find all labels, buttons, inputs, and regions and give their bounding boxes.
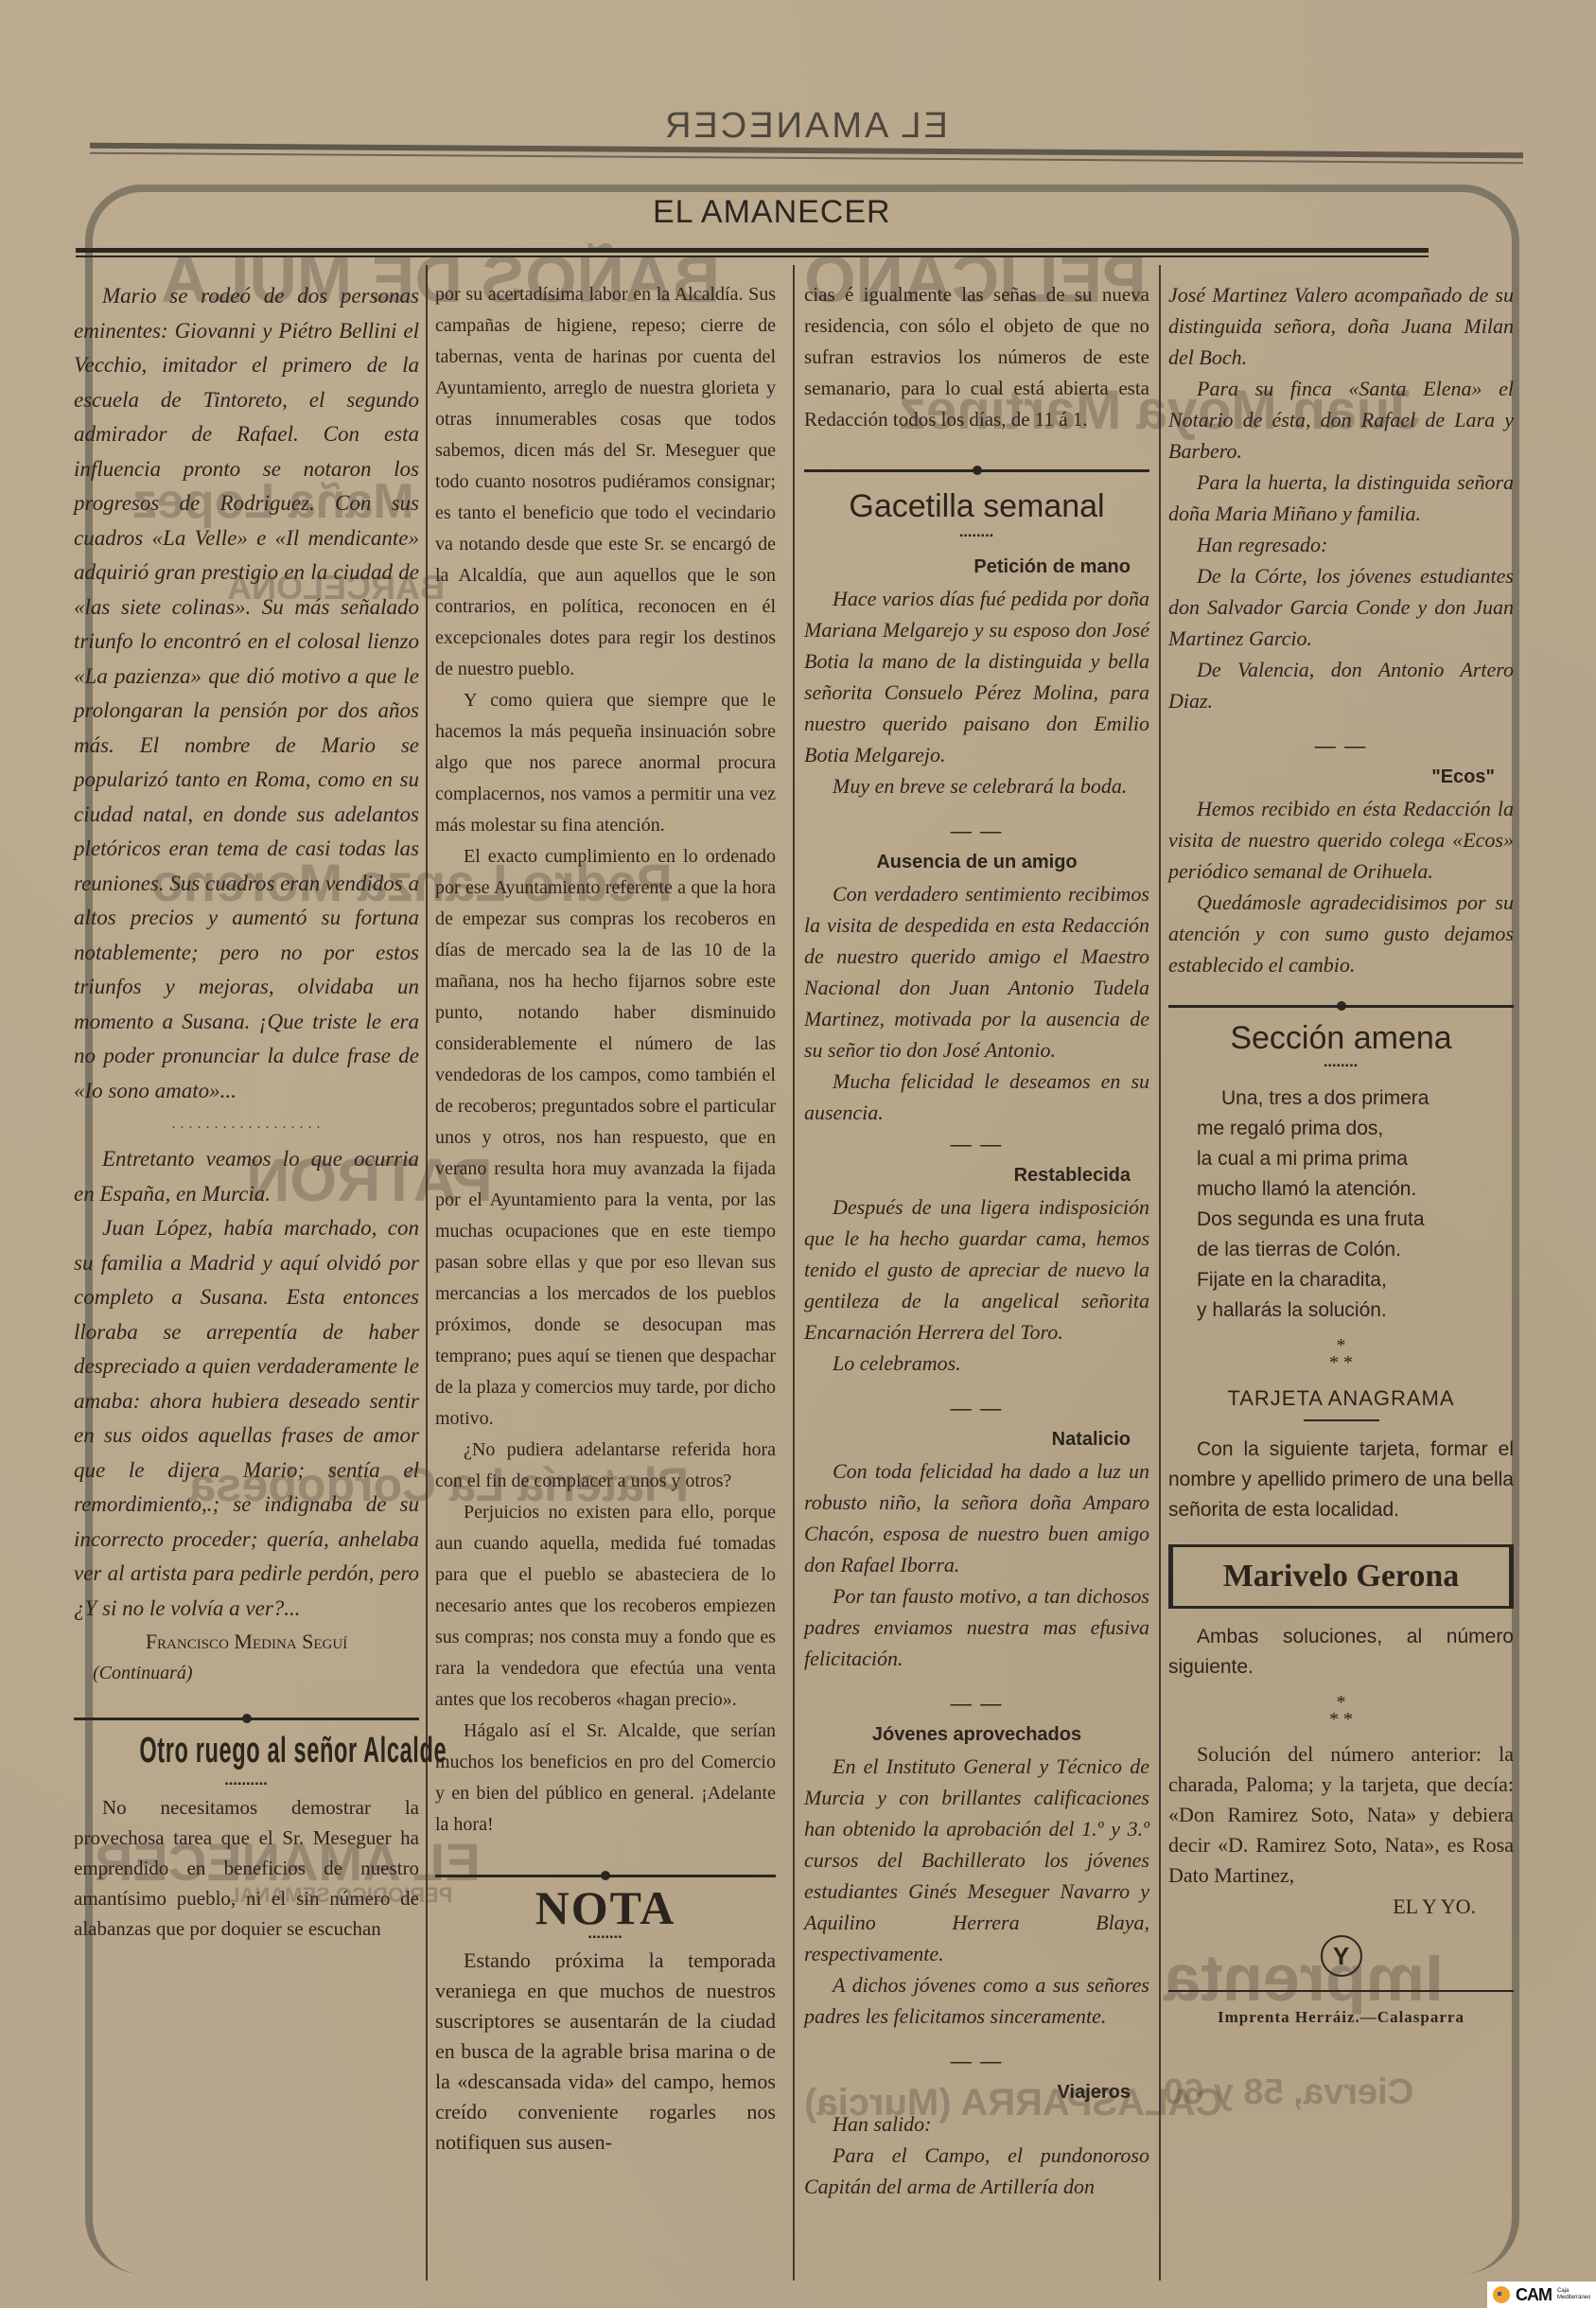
news-item-title: Natalicio	[804, 1424, 1149, 1456]
news-paragraph: Lo celebramos.	[804, 1348, 1149, 1379]
cam-logo-icon	[1493, 2286, 1510, 2303]
verse-line: Una, tres a dos primera	[1197, 1084, 1514, 1114]
mirrored-header: EL AMANECER	[662, 106, 948, 147]
article-paragraph: cias é igualmente las señas de su nueva …	[804, 279, 1149, 435]
anagram-card: Marivelo Gerona	[1168, 1544, 1514, 1609]
section-title: Sección amena	[1168, 1023, 1514, 1055]
serial-paragraph: Juan López, había marchado, con su famil…	[74, 1211, 419, 1626]
ornament-rule	[1168, 1005, 1514, 1008]
news-paragraph: En el Instituto General y Técnico de Mur…	[804, 1751, 1149, 1969]
item-separator: — —	[804, 2045, 1149, 2077]
ornament-rule	[74, 1718, 419, 1720]
news-paragraph: Hace varios días fué pedida por doña Mar…	[804, 583, 1149, 770]
article-paragraph: Hágalo así el Sr. Alcalde, que serían mu…	[435, 1716, 776, 1841]
cam-sub-line: Mediterráneo	[1557, 2295, 1590, 2300]
serial-paragraph: Entretanto veamos lo que ocurria en Espa…	[74, 1142, 419, 1211]
news-paragraph: Han salido:	[804, 2108, 1149, 2140]
masthead-rule	[76, 248, 1429, 253]
article-paragraph: ¿No pudiera adelantarse referida hora co…	[435, 1435, 776, 1497]
ornament-rule	[804, 469, 1149, 472]
news-item-title: Ausencia de un amigo	[804, 847, 1149, 879]
title-ornament: ▪▪▪▪▪▪▪▪▪▪	[74, 1777, 419, 1792]
column-2: por su acertadísima labor en la Alcaldía…	[435, 279, 776, 2158]
nota-title: NOTA	[435, 1893, 776, 1925]
verse-line: mucho llamó la atención.	[1197, 1174, 1514, 1205]
column-divider	[1159, 265, 1161, 2281]
cam-logo: CAM CajaMediterráneo	[1487, 2282, 1596, 2308]
section-title: Gacetilla semanal	[804, 491, 1149, 523]
item-separator: — —	[804, 1392, 1149, 1424]
ellipsis-separator: . . . . . . . . . . . . . . . . . .	[74, 1118, 419, 1133]
news-paragraph: Para la huerta, la distinguida señora do…	[1168, 467, 1514, 529]
title-ornament: ▪▪▪▪▪▪▪▪	[804, 529, 1149, 544]
news-paragraph: De la Córte, los jóvenes estudiantes don…	[1168, 560, 1514, 654]
verse-line: la cual a mi prima prima	[1197, 1144, 1514, 1174]
news-paragraph: Muy en breve se celebrará la boda.	[804, 770, 1149, 802]
verse-line: Fijate en la charadita,	[1197, 1265, 1514, 1295]
news-item-title: "Ecos"	[1168, 762, 1514, 794]
anagram-title: TARJETA ANAGRAMA	[1168, 1383, 1514, 1415]
news-paragraph: Quedámosle agradecidisimos por su atenci…	[1168, 887, 1514, 980]
nota-paragraph: Estando próxima la temporada veraniega e…	[435, 1946, 776, 2158]
continued-note: (Continuará)	[74, 1658, 419, 1690]
news-item-title: Viajeros	[804, 2077, 1149, 2109]
asterism: ** *	[1168, 1337, 1514, 1371]
ornament-rule	[435, 1875, 776, 1877]
news-paragraph: Hemos recibido en ésta Redacción la visi…	[1168, 793, 1514, 887]
title-ornament: ▪▪▪▪▪▪▪▪	[1168, 1059, 1514, 1074]
previous-solution: Solución del número anterior: la charada…	[1168, 1739, 1514, 1891]
column-3: cias é igualmente las señas de su nueva …	[804, 279, 1149, 2202]
article-paragraph: por su acertadísima labor en la Alcaldía…	[435, 279, 776, 685]
news-paragraph: Para su finca «Santa Elena» el Notario d…	[1168, 373, 1514, 467]
news-paragraph: Con verdadero sentimiento recibimos la v…	[804, 878, 1149, 1066]
cam-sub-line: Caja	[1557, 2288, 1569, 2294]
news-paragraph: José Martinez Valero acompañado de su di…	[1168, 279, 1514, 373]
news-item-title: Petición de mano	[804, 552, 1149, 584]
printer-credit: Imprenta Herráiz.—Calasparra	[1168, 1990, 1514, 2034]
charade-verse: Una, tres a dos primera me regaló prima …	[1168, 1084, 1514, 1326]
item-separator: — —	[804, 815, 1149, 847]
title-ornament: ▪▪▪▪▪▪▪▪	[435, 1930, 776, 1946]
verse-line: de las tierras de Colón.	[1197, 1235, 1514, 1265]
column-divider	[426, 265, 428, 2281]
article-title: Otro ruego al señor Alcalde	[139, 1735, 353, 1768]
news-paragraph: Han regresado:	[1168, 529, 1514, 560]
news-paragraph: Por tan fausto motivo, a tan dichosos pa…	[804, 1580, 1149, 1674]
item-separator: — —	[804, 1687, 1149, 1719]
verse-line: Dos segunda es una fruta	[1197, 1205, 1514, 1235]
verse-line: y hallarás la solución.	[1197, 1295, 1514, 1326]
news-paragraph: Para el Campo, el pundonoroso Capitán de…	[804, 2140, 1149, 2202]
asterism: ** *	[1168, 1694, 1514, 1728]
serial-paragraph: Mario se rodeó de dos personas eminentes…	[74, 279, 419, 1108]
newspaper-page: BAÑOS DE MULA PELICANO Juan Moya Martine…	[0, 0, 1596, 2308]
puzzle-signature: EL Y YO.	[1168, 1891, 1514, 1923]
item-separator: — —	[1168, 730, 1514, 762]
news-item-title: Jóvenes aprovechados	[804, 1719, 1149, 1752]
news-paragraph: De Valencia, don Antonio Artero Diaz.	[1168, 654, 1514, 716]
article-paragraph: No necesitamos demostrar la provechosa t…	[74, 1792, 419, 1944]
article-paragraph: Y como quiera que siempre que le hacemos…	[435, 685, 776, 841]
news-paragraph: Después de una ligera indisposición que …	[804, 1191, 1149, 1348]
y-emblem-icon	[1321, 1935, 1362, 1977]
show-through-text: Cierva, 58 y 60	[1164, 2072, 1413, 2113]
article-paragraph: El exacto cumplimiento en lo ordenado po…	[435, 841, 776, 1435]
title-rule	[1304, 1419, 1379, 1421]
news-paragraph: A dichos jóvenes como a sus señores padr…	[804, 1969, 1149, 2032]
cam-logo-text: CAM	[1516, 2285, 1552, 2305]
column-divider	[793, 265, 795, 2281]
verse-line: me regaló prima dos,	[1197, 1114, 1514, 1144]
column-1: Mario se rodeó de dos personas eminentes…	[74, 279, 419, 1944]
news-paragraph: Mucha felicidad le deseamos en su ausenc…	[804, 1066, 1149, 1128]
column-4: José Martinez Valero acompañado de su di…	[1168, 279, 1514, 2034]
article-paragraph: Perjuicios no existen para ello, porque …	[435, 1497, 776, 1716]
item-separator: — —	[804, 1128, 1149, 1160]
news-paragraph: Con toda felicidad ha dado a luz un robu…	[804, 1455, 1149, 1580]
news-item-title: Restablecida	[804, 1160, 1149, 1192]
cam-logo-subtitle: CajaMediterráneo	[1557, 2288, 1590, 2301]
author-signature: Francisco Medina Seguí	[74, 1626, 419, 1658]
anagram-paragraph: Con la siguiente tarjeta, formar el nomb…	[1168, 1435, 1514, 1525]
masthead: EL AMANECER	[653, 194, 891, 231]
solutions-note: Ambas soluciones, al número siguiente.	[1168, 1622, 1514, 1683]
masthead-rule	[76, 255, 1429, 257]
